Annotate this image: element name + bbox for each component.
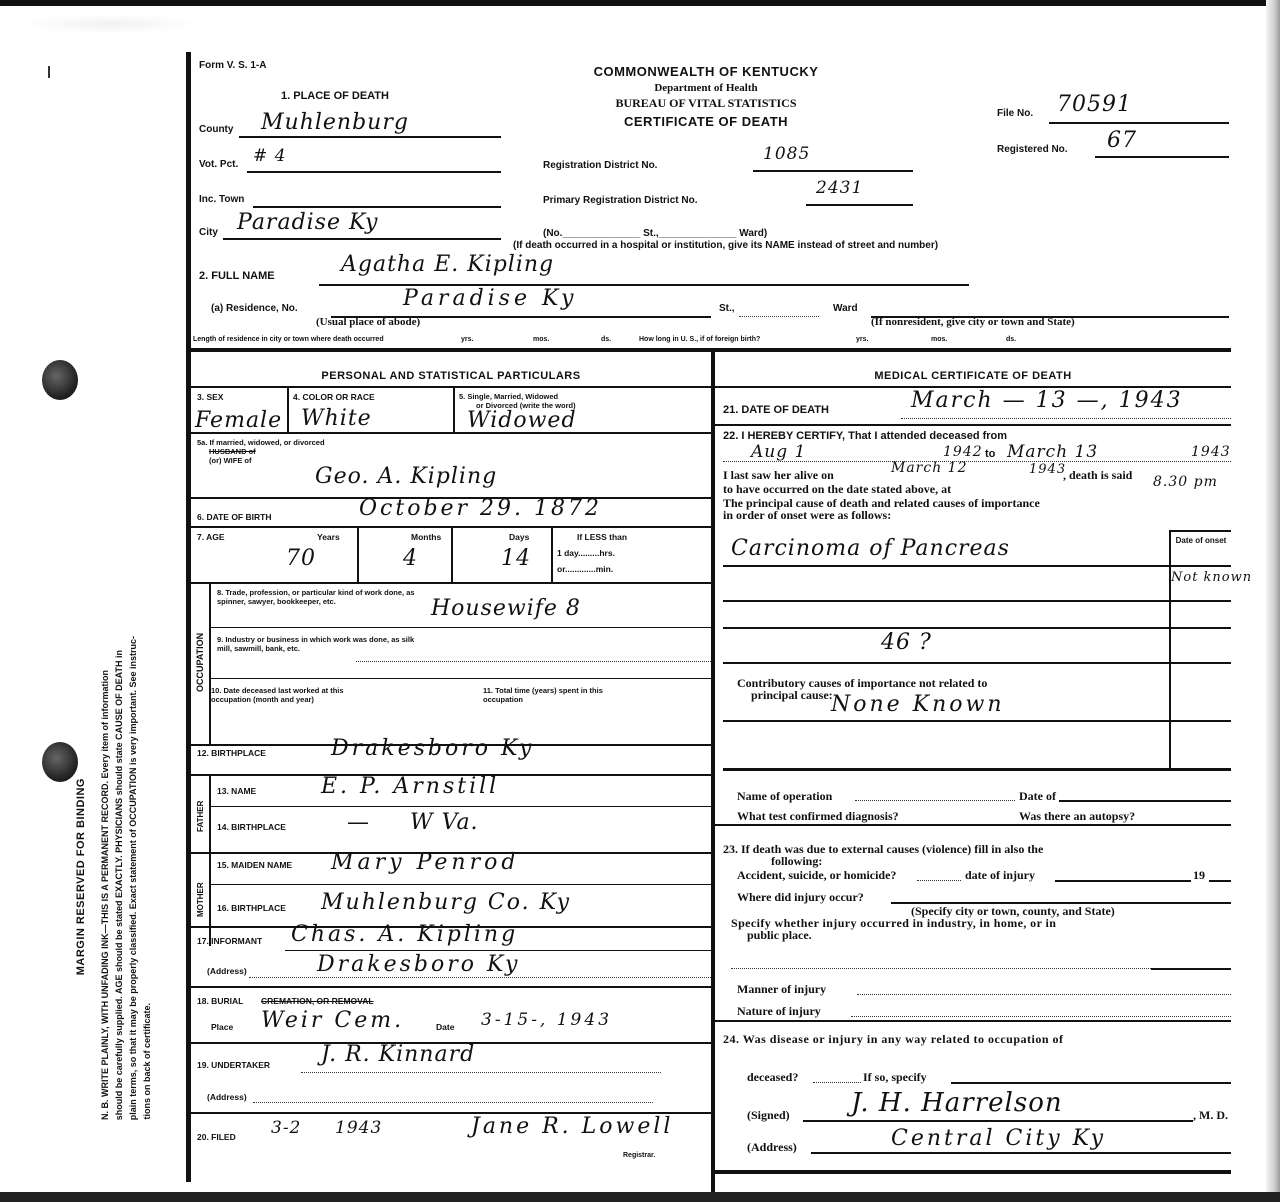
county-label: County: [199, 124, 233, 135]
physician-signature[interactable]: J. H. Harrelson: [851, 1088, 1063, 1118]
instruction-line: tions on back of certificate.: [142, 1003, 153, 1120]
form-id: Form V. S. 1-A: [199, 60, 266, 71]
row-line: [715, 424, 1231, 426]
years-label: Years: [317, 532, 340, 542]
accident-field[interactable]: [917, 880, 961, 881]
mother-maiden-label: 15. MAIDEN NAME: [217, 860, 292, 870]
nonresident-note: (If nonresident, give city or town and S…: [871, 316, 1075, 328]
cause-row-line: [723, 627, 1231, 629]
time-of-death-value[interactable]: 8.30 pm: [1153, 474, 1218, 490]
primary-district-value[interactable]: 2431: [816, 178, 863, 198]
manner-field[interactable]: [857, 994, 1231, 995]
to-label: to: [985, 448, 995, 460]
county-underline: [239, 136, 501, 138]
instruction-line: N. B. WRITE PLAINLY, WITH UNFADING INK—T…: [100, 670, 111, 1120]
husband-of-label: HUSBAND of: [209, 447, 256, 456]
yrs-label: yrs.: [461, 336, 473, 343]
sex-value[interactable]: Female: [195, 408, 282, 433]
nature-field[interactable]: [851, 1016, 1231, 1017]
undertaker-value[interactable]: J. R. Kinnard: [321, 1042, 475, 1067]
specify-where-label-2: public place.: [747, 928, 812, 943]
mother-maiden-value[interactable]: Mary Penrod: [331, 850, 519, 875]
occupation-side-label: OCCUPATION: [195, 592, 206, 732]
bureau: BUREAU OF VITAL STATISTICS: [526, 96, 886, 111]
row-line: [209, 806, 711, 807]
address-line: [811, 1152, 1231, 1154]
attended-from-year[interactable]: 1942: [943, 444, 983, 460]
cell-divider: [551, 526, 553, 582]
length-residence-label: Length of residence in city or town wher…: [193, 336, 384, 343]
scan-smudge: [20, 14, 200, 34]
if-so-field[interactable]: [951, 1082, 1231, 1084]
row-line: [209, 884, 711, 885]
undertaker-label: 19. UNDERTAKER: [197, 1060, 270, 1070]
marital-label: 5. Single, Married, Widowed: [459, 392, 558, 401]
days-label: Days: [509, 532, 529, 542]
scan-right-edge: [1266, 0, 1280, 1202]
father-side-label: FATHER: [195, 778, 206, 854]
ds-label: ds.: [601, 336, 611, 343]
row-line: [715, 824, 1231, 826]
vot-pct-underline: [247, 171, 501, 173]
informant-label: 17. INFORMANT: [197, 936, 262, 946]
age-label: 7. AGE: [197, 532, 225, 542]
birthplace-value[interactable]: Drakesboro Ky: [331, 736, 534, 761]
injury-date-label: date of injury: [965, 868, 1035, 883]
cell-divider: [453, 386, 455, 432]
file-no-label: File No.: [997, 108, 1033, 119]
st-label: St.,: [719, 303, 735, 314]
birthplace-label: 12. BIRTHPLACE: [197, 748, 266, 758]
attended-to-value[interactable]: March 13: [1007, 442, 1098, 462]
row-line: [191, 386, 711, 388]
informant-underline: [285, 950, 711, 951]
last-saw-year[interactable]: 1943: [1029, 462, 1066, 477]
death-said-label: , death is said: [1063, 468, 1132, 483]
sex-label: 3. SEX: [197, 392, 223, 402]
operation-date-field[interactable]: [1059, 800, 1231, 802]
injury-year-field[interactable]: [1209, 880, 1231, 882]
place-of-death-heading: 1. PLACE OF DEATH: [281, 90, 389, 102]
spouse-label: 5a. If married, widowed, or divorced: [197, 438, 325, 447]
mother-birthplace-label: 16. BIRTHPLACE: [217, 903, 286, 913]
scan-top-border: [0, 0, 1280, 6]
deceased-label: deceased?: [747, 1070, 798, 1085]
cause-line-1[interactable]: Carcinoma of Pancreas: [731, 536, 1010, 561]
county-value[interactable]: Muhlenburg: [261, 110, 409, 135]
scan-mark: [48, 66, 50, 78]
burial-place-label: Place: [211, 1022, 233, 1032]
attended-to-year[interactable]: 1943: [1191, 444, 1231, 460]
onset-header-line: [1169, 530, 1231, 532]
undertaker-address-field[interactable]: [253, 1102, 653, 1103]
physician-address-label: (Address): [747, 1140, 797, 1155]
burial-struck-label: CREMATION, OR REMOVAL: [261, 996, 374, 1006]
dod-field: [901, 418, 1231, 419]
attended-from-value[interactable]: Aug 1: [751, 442, 806, 462]
burial-date-label: Date: [436, 1022, 454, 1032]
personal-section-title: PERSONAL AND STATISTICAL PARTICULARS: [191, 370, 711, 382]
primary-district-label: Primary Registration District No.: [543, 195, 697, 206]
row-line: [209, 678, 711, 679]
registrar-signature[interactable]: Jane R. Lowell: [471, 1114, 673, 1139]
vot-pct-label: Vot. Pct.: [199, 159, 238, 170]
father-birthplace-value[interactable]: — W Va.: [347, 810, 479, 835]
race-value[interactable]: White: [301, 406, 372, 431]
contributory-value[interactable]: None Known: [831, 692, 1005, 717]
cause-row-line: [723, 600, 1231, 602]
spouse-value[interactable]: Geo. A. Kipling: [315, 464, 497, 489]
medical-section-title: MEDICAL CERTIFICATE OF DEATH: [715, 370, 1231, 382]
cause-line-4[interactable]: 46 ?: [881, 630, 932, 655]
onset-value-1[interactable]: Not known: [1171, 570, 1252, 585]
cause-row-line: [723, 565, 1231, 567]
cause-row-line: [723, 720, 1231, 722]
column-divider: [711, 352, 715, 1192]
following-label: following:: [771, 854, 822, 869]
row-line: [209, 627, 711, 628]
industry-field[interactable]: [356, 661, 711, 662]
department: Department of Health: [526, 82, 886, 94]
death-certificate-form: Form V. S. 1-A 1. PLACE OF DEATH County …: [186, 52, 1242, 1182]
inc-town-label: Inc. Town: [199, 194, 244, 205]
operation-field[interactable]: [855, 800, 1015, 801]
city-value[interactable]: Paradise Ky: [237, 210, 378, 235]
row-line: [191, 986, 711, 988]
attended-field: [723, 461, 1231, 462]
cause-row-line: [723, 662, 1231, 664]
months-value[interactable]: 4: [403, 546, 418, 571]
burial-label: 18. BURIAL: [197, 996, 243, 1006]
city-label: City: [199, 227, 218, 238]
certificate-title: CERTIFICATE OF DEATH: [526, 114, 886, 129]
principal-cause-label-2: in order of onset were as follows:: [723, 508, 891, 523]
dob-value[interactable]: October 29. 1872: [359, 496, 602, 521]
foreign-birth-label: How long in U. S., if of foreign birth?: [639, 336, 760, 343]
less-than-label: If LESS than: [577, 532, 627, 542]
yrs-label: yrs.: [856, 336, 868, 343]
industry-label: 9. Industry or business in which work wa…: [217, 635, 417, 653]
race-label: 4. COLOR OR RACE: [293, 392, 375, 402]
father-birthplace-label: 14. BIRTHPLACE: [217, 822, 286, 832]
cell-divider: [357, 526, 359, 582]
hours-label: 1 day.........hrs.: [557, 548, 615, 558]
last-saw-label: I last saw her alive on: [723, 468, 834, 483]
if-so-label: If so, specify: [863, 1070, 927, 1085]
cell-divider: [209, 774, 211, 946]
mother-side-label: MOTHER: [195, 858, 206, 942]
months-label: Months: [411, 532, 441, 542]
cause-row-line: [723, 768, 1231, 771]
inc-town-underline: [253, 206, 501, 208]
ds-label: ds.: [1006, 336, 1016, 343]
last-worked-label: 10. Date deceased last worked at this oc…: [211, 686, 381, 704]
marital-value[interactable]: Widowed: [467, 408, 577, 433]
form-bottom-line: [711, 1170, 1231, 1174]
father-name-label: 13. NAME: [217, 786, 256, 796]
dod-value[interactable]: March — 13 —, 1943: [911, 388, 1183, 413]
onset-label: Date of onset: [1171, 536, 1231, 545]
full-name-value[interactable]: Agatha E. Kipling: [341, 252, 554, 277]
primary-district-underline: [806, 204, 913, 206]
years-value[interactable]: 70: [286, 546, 316, 571]
dob-label: 6. DATE OF BIRTH: [197, 512, 271, 522]
undertaker-address-label: (Address): [207, 1092, 247, 1102]
reg-district-underline: [753, 170, 913, 172]
injury-year-label: 19: [1193, 868, 1205, 883]
informant-value[interactable]: Chas. A. Kipling: [291, 922, 518, 947]
physician-address-value[interactable]: Central City Ky: [891, 1126, 1106, 1151]
filed-label: 20. FILED: [197, 1132, 236, 1142]
days-value[interactable]: 14: [501, 546, 531, 571]
ward-label: Ward: [833, 303, 858, 314]
row-line: [191, 582, 711, 584]
city-underline: [223, 238, 501, 240]
trade-label: 8. Trade, profession, or particular kind…: [217, 588, 417, 606]
last-saw-value[interactable]: March 12: [891, 460, 968, 476]
injury-date-field[interactable]: [1055, 880, 1191, 882]
operation-date-label: Date of: [1019, 789, 1056, 804]
informant-address-value[interactable]: Drakesboro Ky: [317, 952, 520, 977]
burial-place-value[interactable]: Weir Cem.: [261, 1008, 404, 1033]
md-label: , M. D.: [1193, 1108, 1228, 1123]
reg-district-label: Registration District No.: [543, 160, 657, 171]
informant-address-field: [249, 977, 711, 978]
state-title: COMMONWEALTH OF KENTUCKY: [526, 64, 886, 79]
binding-margin: MARGIN RESERVED FOR BINDING N. B. WRITE …: [70, 100, 170, 1130]
registered-no-value[interactable]: 67: [1107, 128, 1137, 153]
mos-label: mos.: [533, 336, 549, 343]
vot-pct-value[interactable]: # 4: [253, 146, 286, 166]
instruction-line: plain terms, so that it may be properly …: [128, 636, 139, 1120]
st-field[interactable]: [739, 316, 819, 317]
registered-no-underline: [1095, 156, 1229, 158]
mos-label: mos.: [931, 336, 947, 343]
instruction-line: should be carefully supplied. AGE should…: [114, 650, 125, 1120]
filed-date-value[interactable]: 3-2: [271, 1118, 301, 1138]
hospital-note: (If death occurred in a hospital or inst…: [513, 240, 938, 251]
father-name-value[interactable]: E. P. Arnstill: [321, 774, 499, 799]
occurred-label: to have occurred on the date stated abov…: [723, 482, 951, 497]
filed-year-value[interactable]: 1943: [335, 1118, 382, 1138]
occupation-related-field[interactable]: [813, 1082, 861, 1083]
injury-place-field-end: [1151, 968, 1231, 970]
residence-label: (a) Residence, No.: [211, 303, 298, 314]
abode-note: (Usual place of abode): [316, 316, 420, 328]
injury-place-field[interactable]: [731, 968, 1151, 969]
street-label: (No.______________ St.,______________ Wa…: [543, 228, 767, 239]
mother-birthplace-value[interactable]: Muhlenburg Co. Ky: [321, 890, 571, 915]
full-name-label: 2. FULL NAME: [199, 270, 275, 282]
signed-label: (Signed): [747, 1108, 790, 1123]
registrar-label: Registrar.: [623, 1152, 655, 1159]
manner-label: Manner of injury: [737, 982, 826, 997]
operation-label: Name of operation: [737, 789, 832, 804]
scan-bottom-border: [0, 1192, 1280, 1202]
cell-divider: [287, 386, 289, 432]
binding-note: MARGIN RESERVED FOR BINDING: [76, 778, 87, 975]
wife-of-label: (or) WIFE of: [209, 456, 252, 465]
residence-value[interactable]: Paradise Ky: [403, 286, 577, 311]
file-no-underline: [1049, 122, 1229, 124]
certify-label: 22. I HEREBY CERTIFY, That I attended de…: [723, 430, 1007, 442]
reg-district-value[interactable]: 1085: [763, 144, 810, 164]
row-line: [191, 432, 711, 434]
contributory-label-2: principal cause:: [751, 688, 833, 703]
dod-label: 21. DATE OF DEATH: [723, 404, 829, 416]
total-time-label: 11. Total time (years) spent in this occ…: [483, 686, 633, 704]
burial-date-value[interactable]: 3-15-, 1943: [481, 1010, 612, 1030]
nature-label: Nature of injury: [737, 1004, 821, 1019]
cell-divider: [209, 582, 211, 744]
where-injury-label: Where did injury occur?: [737, 890, 864, 905]
occupation-related-label: 24. Was disease or injury in any way rel…: [723, 1032, 1064, 1047]
registered-no-label: Registered No.: [997, 144, 1068, 155]
signature-line: [803, 1120, 1193, 1122]
minutes-label: or.............min.: [557, 564, 613, 574]
autopsy-label: Was there an autopsy?: [1019, 809, 1135, 824]
trade-value[interactable]: Housewife 8: [431, 596, 581, 621]
file-no-value[interactable]: 70591: [1057, 92, 1132, 117]
undertaker-field: [301, 1072, 661, 1073]
cell-divider: [451, 526, 453, 582]
row-line: [715, 1020, 1231, 1022]
informant-address-label: (Address): [207, 966, 247, 976]
accident-label: Accident, suicide, or homicide?: [737, 868, 896, 883]
test-label: What test confirmed diagnosis?: [737, 809, 899, 824]
